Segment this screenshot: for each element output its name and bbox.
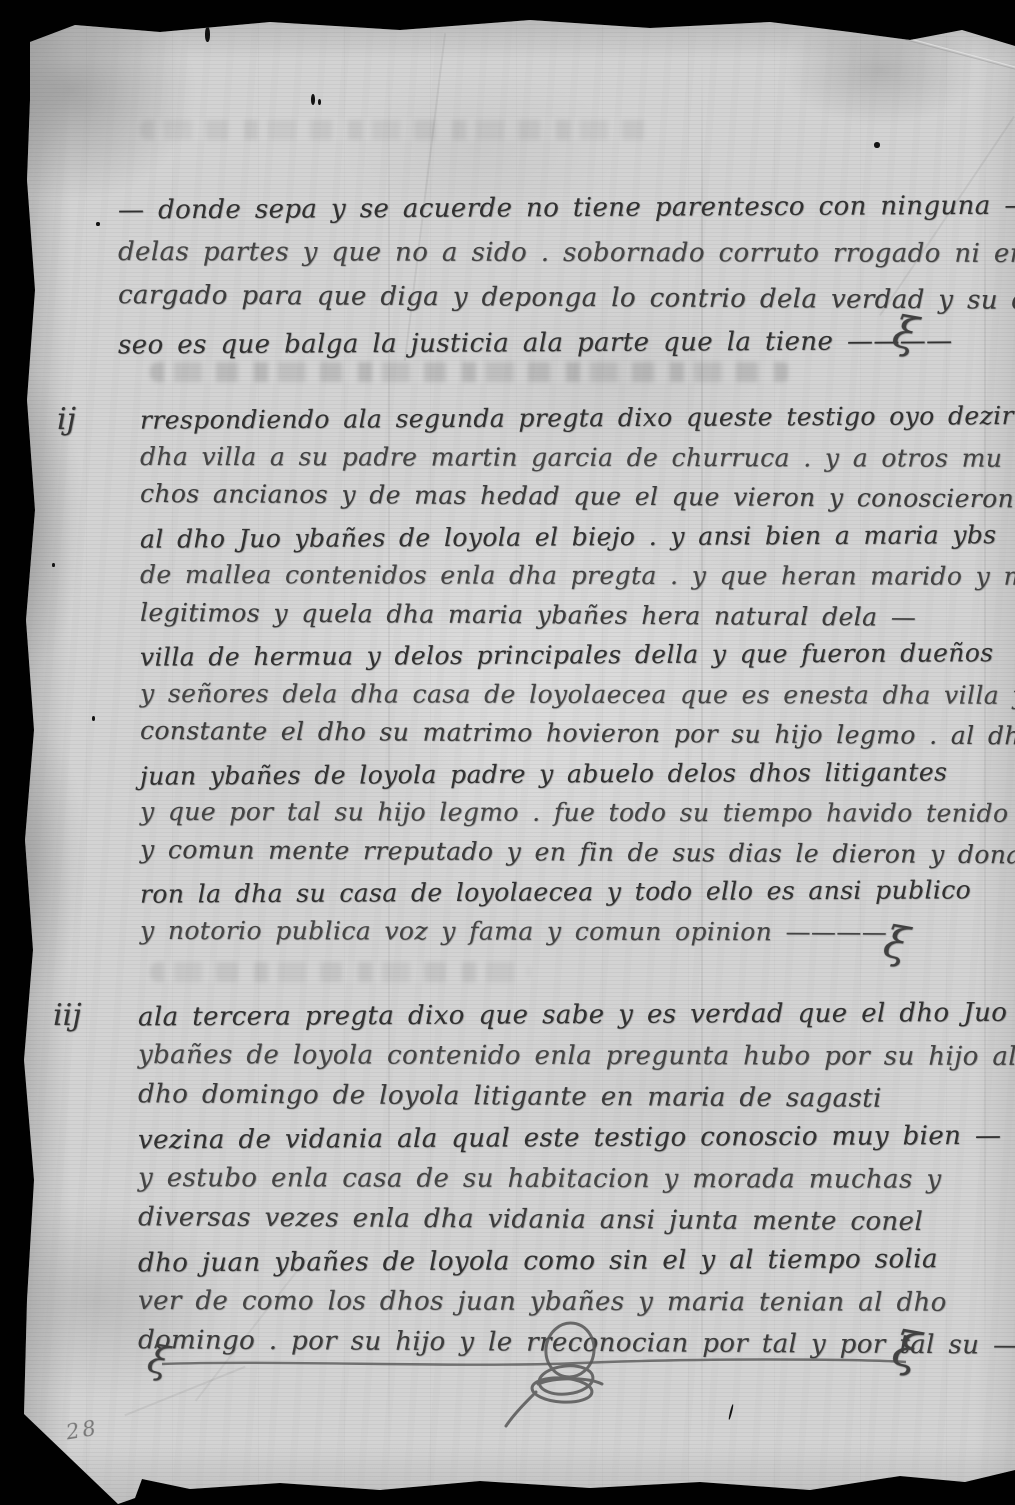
bleedthrough-strip bbox=[150, 962, 530, 982]
text-line: domingo . por su hijo y le rreconocian p… bbox=[138, 1320, 1015, 1367]
text-line: delas partes y que no a sido . sobornado… bbox=[118, 230, 1015, 277]
bleedthrough-strip bbox=[140, 120, 660, 140]
text-line: legitimos y quela dha maria ybañes hera … bbox=[140, 592, 1015, 638]
crease-line bbox=[829, 17, 1015, 74]
text-line: — donde sepa y se acuerde no tiene paren… bbox=[118, 184, 1015, 234]
text-line: y comun mente rreputado y en fin de sus … bbox=[140, 829, 1015, 875]
margin-numeral-3: iij bbox=[53, 998, 82, 1033]
text-line: ybañes de loyola contenido enla pregunta… bbox=[138, 1035, 1015, 1078]
manuscript-paper-sheet: — donde sepa y se acuerde no tiene paren… bbox=[0, 0, 1015, 1505]
paragraph-1: — donde sepa y se acuerde no tiene paren… bbox=[118, 186, 1015, 366]
text-line: villa de hermua y delos principales dell… bbox=[140, 632, 1015, 677]
text-line: dha villa a su padre martin garcia de ch… bbox=[140, 436, 1015, 478]
text-line: y estubo enla casa de su habitacion y mo… bbox=[138, 1158, 1015, 1201]
text-line: diversas vezes enla dha vidania ansi jun… bbox=[138, 1197, 1015, 1244]
text-line: dho juan ybañes de loyola como sin el y … bbox=[138, 1239, 1015, 1285]
text-line: y que por tal su hijo legmo . fue todo s… bbox=[140, 792, 1015, 834]
text-line: vezina de vidania ala qual este testigo … bbox=[138, 1116, 1015, 1162]
ink-speck bbox=[92, 716, 95, 721]
text-line: constante el dho su matrimo hovieron por… bbox=[140, 711, 1015, 757]
text-line: ala tercera pregta dixo que sabe y es ve… bbox=[138, 993, 1015, 1039]
ink-speck bbox=[728, 1404, 734, 1420]
ink-speck bbox=[96, 222, 100, 226]
ink-speck bbox=[205, 27, 210, 42]
text-line: y señores dela dha casa de loyolaecea qu… bbox=[140, 673, 1015, 715]
text-line: dho domingo de loyola litigante en maria… bbox=[138, 1074, 1015, 1121]
text-line: seo es que balga la justicia ala parte q… bbox=[118, 319, 1015, 369]
scratch-line bbox=[124, 1366, 245, 1417]
ink-speck bbox=[318, 99, 321, 105]
ink-speck bbox=[52, 563, 55, 567]
paragraph-2: rrespondiendo ala segunda pregta dixo qu… bbox=[140, 398, 1015, 951]
text-line: juan ybañes de loyola padre y abuelo del… bbox=[140, 751, 1015, 796]
text-line: al dho Juo ybañes de loyola el biejo . y… bbox=[140, 514, 1015, 559]
text-line: rrespondiendo ala segunda pregta dixo qu… bbox=[140, 395, 1015, 440]
text-line: ver de como los dhos juan ybañes y maria… bbox=[138, 1281, 1015, 1324]
ink-speck bbox=[311, 94, 315, 105]
text-line: cargado para que diga y deponga lo contr… bbox=[118, 273, 1015, 324]
margin-numeral-2: ij bbox=[57, 402, 76, 437]
text-line: de mallea contenidos enla dha pregta . y… bbox=[140, 555, 1015, 597]
text-line: chos ancianos y de mas hedad que el que … bbox=[140, 474, 1015, 520]
folio-number: 28 bbox=[64, 1416, 100, 1445]
manuscript-photo: — donde sepa y se acuerde no tiene paren… bbox=[0, 0, 1015, 1505]
paragraph-3: ala tercera pregta dixo que sabe y es ve… bbox=[138, 995, 1015, 1364]
text-line: ron la dha su casa de loyolaecea y todo … bbox=[140, 869, 1015, 914]
ink-speck bbox=[874, 142, 880, 148]
